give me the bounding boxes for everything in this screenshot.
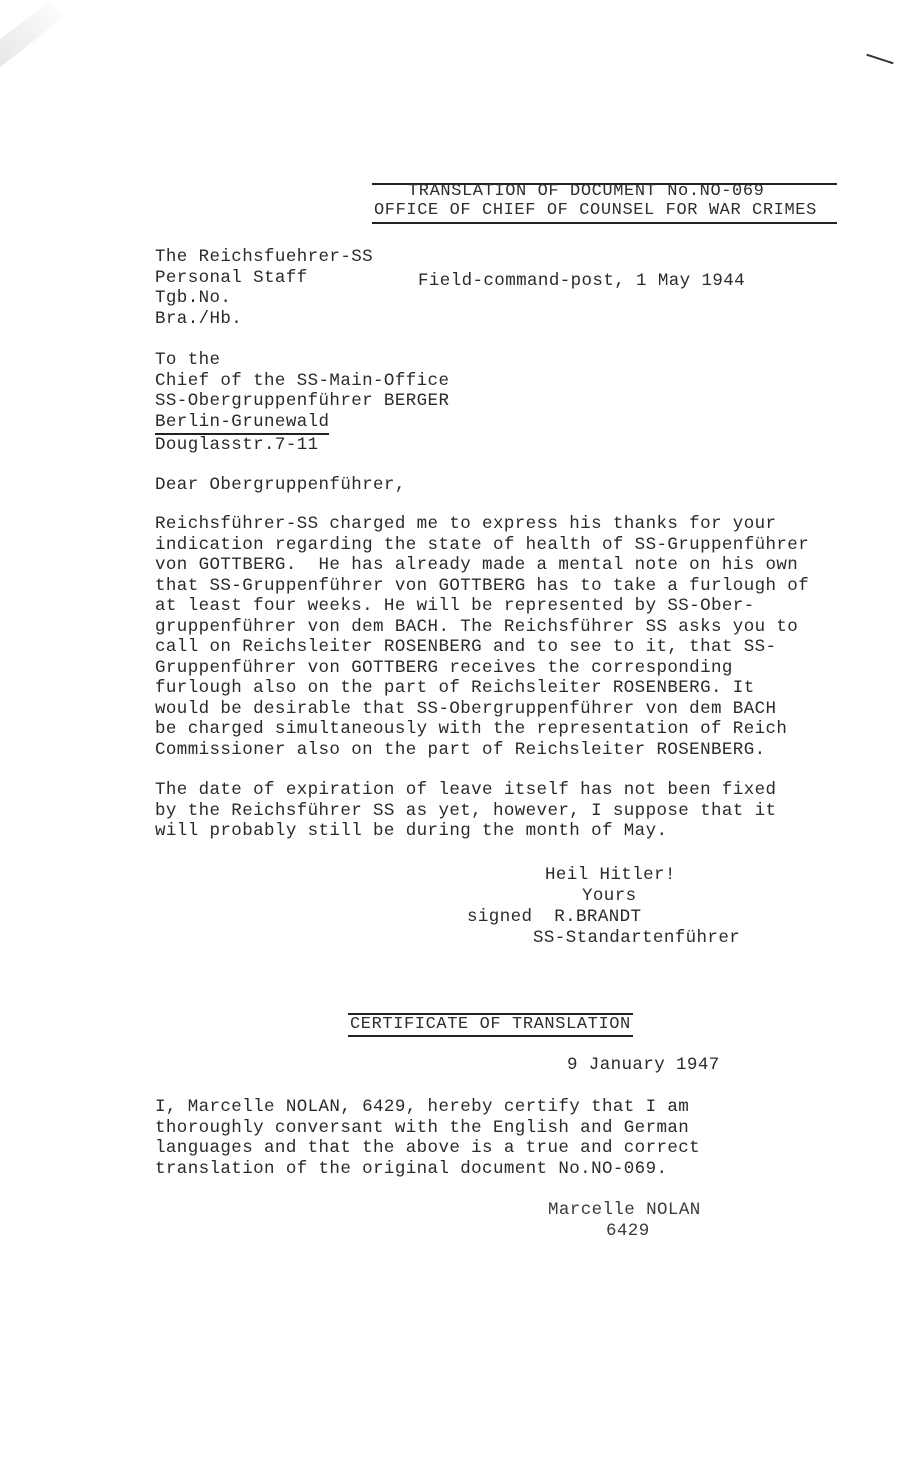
body-line: gruppenführer von dem BACH. The Reichsfü…	[155, 617, 809, 638]
sender-line: Tgb.No.	[155, 288, 373, 309]
body-line: would be desirable that SS-Obergruppenfü…	[155, 699, 809, 720]
header-title: TRANSLATION OF DOCUMENT No.NO-069	[408, 182, 764, 202]
body-line: that SS-Gruppenführer von GOTTBERG has t…	[155, 576, 809, 597]
sender-line: Personal Staff	[155, 268, 373, 289]
header-rule-bottom	[372, 222, 837, 224]
certificate-text: I, Marcelle NOLAN, 6429, hereby certify …	[155, 1097, 700, 1179]
closing-yours: Yours	[582, 886, 637, 907]
salutation: Dear Obergruppenführer,	[155, 475, 406, 496]
certificate-title: CERTIFICATE OF TRANSLATION	[348, 1013, 633, 1037]
closing-signed: signed R.BRANDT	[467, 907, 641, 928]
place-date: Field-command-post, 1 May 1944	[418, 271, 745, 292]
recipient-street: Douglasstr.7-11	[155, 435, 449, 456]
body-line: at least four weeks. He will be represen…	[155, 596, 809, 617]
recipient-line: Chief of the SS-Main-Office	[155, 371, 449, 392]
header-office: OFFICE OF CHIEF OF COUNSEL FOR WAR CRIME…	[374, 201, 817, 221]
recipient-line: SS-Obergruppenführer BERGER	[155, 391, 449, 412]
body-paragraph-2: The date of expiration of leave itself h…	[155, 780, 776, 842]
translator-number: 6429	[606, 1221, 650, 1242]
body-line: be charged simultaneously with the repre…	[155, 719, 809, 740]
certificate-line: I, Marcelle NOLAN, 6429, hereby certify …	[155, 1097, 700, 1118]
body-line: von GOTTBERG. He has already made a ment…	[155, 555, 809, 576]
certificate-line: languages and that the above is a true a…	[155, 1138, 700, 1159]
certificate-date: 9 January 1947	[567, 1055, 720, 1076]
translator-name: Marcelle NOLAN	[548, 1200, 701, 1221]
scan-smudge	[0, 0, 64, 72]
scan-mark	[866, 54, 893, 65]
certificate-line: translation of the original document No.…	[155, 1159, 700, 1180]
body-line: The date of expiration of leave itself h…	[155, 780, 776, 801]
body-line: by the Reichsführer SS as yet, however, …	[155, 801, 776, 822]
body-paragraph-1: Reichsführer-SS charged me to express hi…	[155, 514, 809, 760]
body-line: Commissioner also on the part of Reichsl…	[155, 740, 809, 761]
certificate-line: thoroughly conversant with the English a…	[155, 1118, 700, 1139]
recipient-block: To the Chief of the SS-Main-Office SS-Ob…	[155, 350, 449, 456]
sender-block: The Reichsfuehrer-SS Personal Staff Tgb.…	[155, 247, 373, 329]
recipient-line: To the	[155, 350, 449, 371]
body-line: Gruppenführer von GOTTBERG receives the …	[155, 658, 809, 679]
sender-line: Bra./Hb.	[155, 309, 373, 330]
body-line: indication regarding the state of health…	[155, 535, 809, 556]
document-page: TRANSLATION OF DOCUMENT No.NO-069 OFFICE…	[0, 0, 900, 1462]
recipient-city: Berlin-Grunewald	[155, 412, 329, 436]
body-line: will probably still be during the month …	[155, 821, 776, 842]
closing-greeting: Heil Hitler!	[545, 865, 676, 886]
body-line: Reichsführer-SS charged me to express hi…	[155, 514, 809, 535]
sender-line: The Reichsfuehrer-SS	[155, 247, 373, 268]
closing-rank: SS-Standartenführer	[533, 928, 740, 949]
body-line: call on Reichsleiter ROSENBERG and to se…	[155, 637, 809, 658]
body-line: furlough also on the part of Reichsleite…	[155, 678, 809, 699]
